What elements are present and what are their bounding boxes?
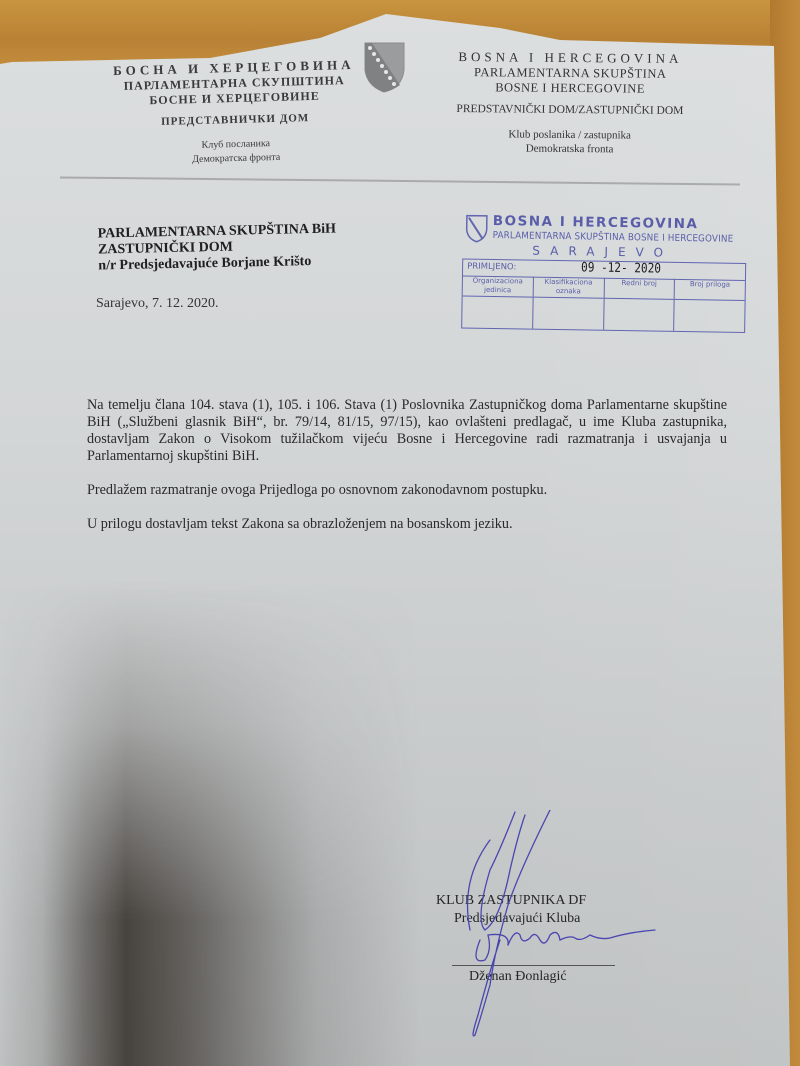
letterhead-cyrillic: БОСНА И ХЕРЦЕГОВИНА ПАРЛАМЕНТАРНА СКУПШТ… — [109, 57, 362, 170]
bih-coat-of-arms-icon — [362, 40, 407, 95]
body-paragraph-3: U prilogu dostavljam tekst Zakona sa obr… — [87, 516, 727, 533]
letterhead-latin: BOSNA I HERCEGOVINA PARLAMENTARNA SKUPŠT… — [425, 49, 716, 158]
column-label: Redni broj — [604, 279, 674, 289]
addressee-block: PARLAMENTARNA SKUPŠTINA BiH ZASTUPNIČKI … — [98, 222, 337, 275]
body-paragraph-1: Na temelju člana 104. stava (1), 105. i … — [87, 397, 727, 465]
handwritten-signature — [430, 810, 670, 1040]
stamp-column: Broj priloga — [674, 279, 745, 332]
letterhead-line1: BOSNA I HERCEGOVINA — [425, 49, 715, 68]
letter-body: Na temelju člana 104. stava (1), 105. i … — [87, 397, 727, 550]
body-paragraph-2: Predlažem razmatranje ovoga Prijedloga p… — [87, 482, 727, 499]
received-stamp: BOSNA I HERCEGOVINA PARLAMENTARNA SKUPŠT… — [459, 212, 781, 337]
stamp-column: Klasifikaciona oznaka — [533, 277, 605, 330]
stamp-city: SARAJEVO — [532, 244, 673, 260]
letterhead-club: Klub poslanika / zastupnika Demokratska … — [425, 127, 715, 158]
letterhead-house: ПРЕДСТАВНИЧКИ ДОМ — [110, 111, 360, 130]
stamp-line1: BOSNA I HERCEGOVINA — [493, 213, 699, 232]
column-label: Organizaciona jedinica — [463, 277, 533, 296]
column-divider — [463, 296, 533, 298]
shadow-overlay — [0, 580, 420, 1066]
column-divider — [533, 297, 603, 299]
column-divider — [604, 298, 674, 300]
received-label: PRIMLJENO: — [467, 262, 516, 273]
stamp-crest-icon — [465, 215, 487, 243]
letterhead-house: PREDSTAVNIČKI DOM/ZASTUPNIČKI DOM — [425, 103, 715, 118]
received-date: 09 -12- 2020 — [581, 260, 661, 276]
party-name: Demokratska fronta — [425, 141, 715, 158]
stamp-column: Organizaciona jedinica — [462, 276, 534, 329]
column-label: Klasifikaciona oznaka — [533, 278, 603, 297]
column-label: Broj priloga — [675, 280, 745, 290]
column-divider — [675, 299, 745, 301]
place-date: Sarajevo, 7. 12. 2020. — [96, 296, 218, 312]
letterhead-line3: BOSNE I HERCEGOVINE — [425, 80, 715, 98]
stamp-column: Redni broj — [604, 278, 676, 331]
stamp-table: PRIMLJENO: 09 -12- 2020 Organizaciona je… — [461, 259, 746, 333]
stamp-columns: Organizaciona jedinica Klasifikaciona oz… — [462, 276, 745, 332]
